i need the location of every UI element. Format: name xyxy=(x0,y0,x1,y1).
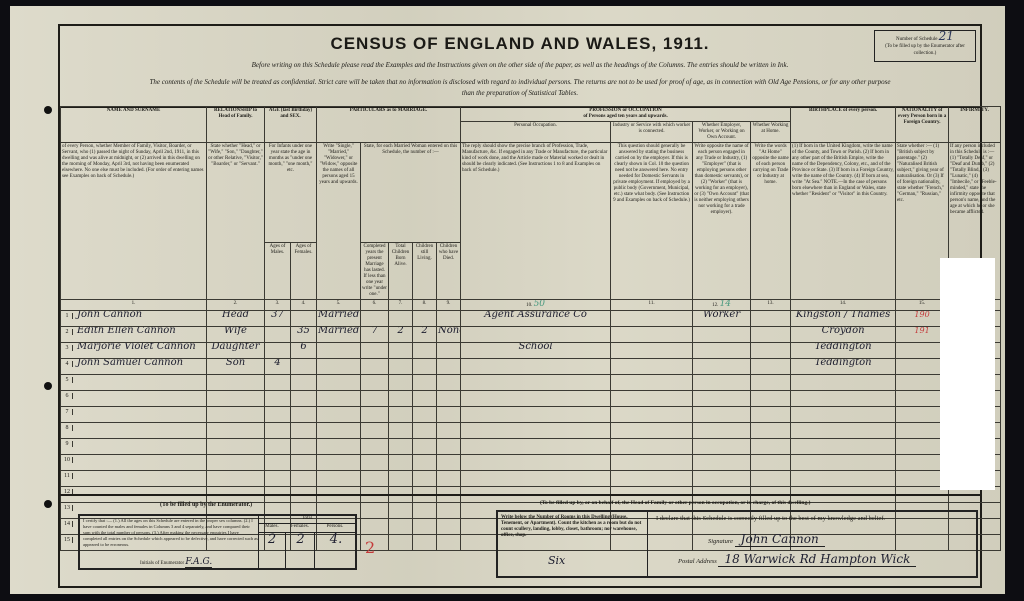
value-cond: Married xyxy=(318,327,359,337)
cell-died xyxy=(437,471,461,487)
cell-employer xyxy=(693,343,751,359)
cell-living xyxy=(413,359,437,375)
postal-address: 18 Warwick Rd Hampton Wick xyxy=(718,552,916,567)
cell-occupation xyxy=(461,327,611,343)
desc-home: Write the words "At Home" opposite the n… xyxy=(751,143,791,300)
cell-years xyxy=(361,471,389,487)
header-name: NAME AND SURNAME xyxy=(61,107,207,143)
schedule-number-note: (To be filled up by the Enumerator after… xyxy=(885,44,965,56)
cell-age_f: 35 xyxy=(291,327,317,343)
cell-rel: Son xyxy=(207,359,265,375)
cell-living xyxy=(413,407,437,423)
cell-birthplace xyxy=(791,439,896,455)
instruction-line-1: Before writing on this Schedule please r… xyxy=(60,61,980,69)
enumerator-initials: F.A.G. xyxy=(185,557,212,568)
punch-hole xyxy=(44,382,52,390)
cell-cond: Married xyxy=(317,327,361,343)
colnum: 12. 14 xyxy=(693,300,751,311)
cell-occupation xyxy=(461,375,611,391)
punch-hole xyxy=(44,500,52,508)
total-females: 2 xyxy=(285,532,315,569)
cell-died xyxy=(437,439,461,455)
cell-years xyxy=(361,359,389,375)
document-title: CENSUS OF ENGLAND AND WALES, 1911. xyxy=(60,34,980,54)
desc-industry: This question should generally be answer… xyxy=(611,143,693,300)
desc-total-children: Total Children Born Alive. xyxy=(389,243,413,300)
colnum: 11. xyxy=(611,300,693,311)
row-number: 6 xyxy=(62,393,73,399)
header-birthplace: BIRTHPLACE of every person. xyxy=(791,107,896,143)
value-occupation: School xyxy=(518,343,552,353)
desc-condition: Write "Single," "Married," "Widower," or… xyxy=(317,143,361,300)
row-number: 11 xyxy=(62,473,73,479)
cell-cond xyxy=(317,359,361,375)
address-label: Postal Address xyxy=(678,558,717,565)
enumerator-section-title: (To be filled up by the Enumerator.) xyxy=(160,502,252,508)
cell-cond xyxy=(317,407,361,423)
colnum: 5. xyxy=(317,300,361,311)
cell-employer xyxy=(693,359,751,375)
cell-total xyxy=(389,471,413,487)
initials-label: Initials of Enumerator xyxy=(140,561,184,566)
cell-birthplace: Teddington xyxy=(791,359,896,375)
value-occupation: Agent Assurance Co xyxy=(484,311,587,321)
cell-employer: Worker xyxy=(693,311,751,327)
cell-age_f xyxy=(291,471,317,487)
cell-total xyxy=(389,311,413,327)
cell-rel: Daughter xyxy=(207,343,265,359)
cell-industry xyxy=(611,423,693,439)
cell-cond xyxy=(317,455,361,471)
cell-industry xyxy=(611,407,693,423)
totals-box: Total. Males. Females. Persons. 2 2 4. xyxy=(258,516,356,568)
cell-name: 4John Samuel Cannon xyxy=(61,359,207,375)
cell-years xyxy=(361,375,389,391)
cell-cond xyxy=(317,439,361,455)
rooms-count: Six xyxy=(548,558,565,564)
cell-age_m xyxy=(265,407,291,423)
row-number: 5 xyxy=(62,377,73,383)
table-row: 6 xyxy=(61,391,1001,407)
cell-living xyxy=(413,343,437,359)
cell-years xyxy=(361,311,389,327)
header-employer: Whether Employer, Worker, or Working on … xyxy=(693,122,751,143)
row-number: 4 xyxy=(62,361,73,367)
cell-employer xyxy=(693,471,751,487)
table-row: 7 xyxy=(61,407,1001,423)
colnum: 10. 50 xyxy=(461,300,611,311)
table-row: 4John Samuel CannonSon4Teddington xyxy=(61,359,1001,375)
census-table: NAME AND SURNAME RELATIONSHIP to Head of… xyxy=(60,106,1001,551)
cell-industry xyxy=(611,439,693,455)
desc-females: Ages of Females. xyxy=(291,243,317,300)
cell-total xyxy=(389,375,413,391)
cell-age_m xyxy=(265,375,291,391)
cell-cond xyxy=(317,375,361,391)
cell-home xyxy=(751,407,791,423)
cell-occupation: School xyxy=(461,343,611,359)
cell-name: 1John Cannon xyxy=(61,311,207,327)
row-number: 10 xyxy=(62,457,73,463)
value-name: John Cannon xyxy=(77,311,142,321)
cell-employer xyxy=(693,423,751,439)
value-name: Edith Ellen Cannon xyxy=(77,327,176,337)
cell-birthplace xyxy=(791,391,896,407)
value-rel: Head xyxy=(222,311,249,321)
colnum: 3. xyxy=(265,300,291,311)
table-row: 2Edith Ellen CannonWife35Married722NoneC… xyxy=(61,327,1001,343)
cell-name: 10 xyxy=(61,455,207,471)
value-rel: Daughter xyxy=(212,343,260,353)
cell-name: 2Edith Ellen Cannon xyxy=(61,327,207,343)
punch-hole xyxy=(44,106,52,114)
address-row: Postal Address 18 Warwick Rd Hampton Wic… xyxy=(678,552,916,566)
header-marriage: PARTICULARS as to MARRIAGE. xyxy=(317,107,461,143)
cell-years xyxy=(361,455,389,471)
colnum: 6. xyxy=(361,300,389,311)
cell-living xyxy=(413,311,437,327)
cell-occupation xyxy=(461,359,611,375)
cell-age_m xyxy=(265,455,291,471)
value-birthplace: Teddington xyxy=(814,359,871,369)
signature-label: Signature xyxy=(708,538,733,545)
cell-home xyxy=(751,327,791,343)
cell-died xyxy=(437,311,461,327)
total-males: 2 xyxy=(259,532,285,569)
cell-name: 11 xyxy=(61,471,207,487)
red-annotation: 2 xyxy=(365,538,375,557)
cell-years xyxy=(361,407,389,423)
value-nationality: 190 xyxy=(914,311,929,320)
instruction-line-2: The contents of the Schedule will be tre… xyxy=(60,78,980,86)
cell-industry xyxy=(611,375,693,391)
table-row: 5 xyxy=(61,375,1001,391)
form-footer: (To be filled up by the Enumerator.) I c… xyxy=(60,494,980,588)
cell-died xyxy=(437,423,461,439)
row-number: 7 xyxy=(62,409,73,415)
header-nationality: NATIONALITY of every Person born in a Fo… xyxy=(896,107,949,143)
signature: John Cannon xyxy=(735,532,825,547)
cell-total xyxy=(389,455,413,471)
header-home: Whether Working at Home. xyxy=(751,122,791,143)
header-industry: Industry or Service with which worker is… xyxy=(611,122,693,143)
cell-rel xyxy=(207,423,265,439)
cell-cond xyxy=(317,391,361,407)
row-number: 2 xyxy=(62,329,73,335)
table-row: 10 xyxy=(61,455,1001,471)
table-row: 1John CannonHead37MarriedAgent Assurance… xyxy=(61,311,1001,327)
cell-died xyxy=(437,455,461,471)
desc-relationship: State whether "Head," or "Wife," "Son," … xyxy=(207,143,265,300)
cell-rel xyxy=(207,471,265,487)
cell-employer xyxy=(693,439,751,455)
desc-males: Ages of Males. xyxy=(265,243,291,300)
redaction-patch xyxy=(940,258,995,490)
value-birthplace: Kingston / Thames xyxy=(796,311,890,321)
cell-occupation xyxy=(461,407,611,423)
cell-total xyxy=(389,407,413,423)
colnum: 4. xyxy=(291,300,317,311)
cell-birthplace: Teddington xyxy=(791,343,896,359)
cell-employer xyxy=(693,455,751,471)
header-personal-occupation: Personal Occupation. xyxy=(461,122,611,143)
enumerator-certificate: I certify that :— (1.) All the ages on t… xyxy=(78,514,357,570)
cell-home xyxy=(751,359,791,375)
value-birthplace: Teddington xyxy=(814,343,871,353)
row-number: 1 xyxy=(62,313,73,319)
cell-age_f xyxy=(291,455,317,471)
cell-birthplace: Kingston / Thames xyxy=(791,311,896,327)
value-name: Marjorie Violet Cannon xyxy=(77,343,196,353)
cell-age_f xyxy=(291,391,317,407)
table-row: 3Marjorie Violet CannonDaughter6SchoolTe… xyxy=(61,343,1001,359)
cell-employer xyxy=(693,375,751,391)
cell-age_m xyxy=(265,423,291,439)
cell-occupation: Agent Assurance Co xyxy=(461,311,611,327)
cell-birthplace: Croydon xyxy=(791,327,896,343)
cell-age_f xyxy=(291,375,317,391)
cell-living xyxy=(413,455,437,471)
desc-age: For Infants under one year state the age… xyxy=(265,143,317,243)
value-name: John Samuel Cannon xyxy=(77,359,183,369)
table-row: 9 xyxy=(61,439,1001,455)
total-persons: 4. xyxy=(314,532,357,569)
desc-occupation: The reply should show the precise branch… xyxy=(461,143,611,300)
cell-age_m xyxy=(265,327,291,343)
cell-name: 8 xyxy=(61,423,207,439)
cell-died xyxy=(437,407,461,423)
schedule-number-label: Number of Schedule xyxy=(896,37,937,42)
cell-age_f xyxy=(291,439,317,455)
colnum: 9. xyxy=(437,300,461,311)
cell-employer xyxy=(693,391,751,407)
value-cond: Married xyxy=(318,311,359,321)
cell-rel xyxy=(207,375,265,391)
table-row: 11 xyxy=(61,471,1001,487)
cell-living xyxy=(413,471,437,487)
signature-row: Signature John Cannon xyxy=(708,532,825,546)
cell-cond: Married xyxy=(317,311,361,327)
rooms-label: Write below the Number of Rooms in this … xyxy=(501,515,641,538)
schedule-number-box: Number of Schedule 21 (To be filled up b… xyxy=(874,30,976,62)
total-label: Total. xyxy=(259,516,356,524)
cell-home xyxy=(751,423,791,439)
persons-label: Persons. xyxy=(315,524,355,530)
cell-died xyxy=(437,359,461,375)
row-number: 3 xyxy=(62,345,73,351)
cell-age_f xyxy=(291,423,317,439)
cell-home xyxy=(751,455,791,471)
colnum: 14. xyxy=(791,300,896,311)
males-label: Males. xyxy=(259,524,285,530)
value-total: 2 xyxy=(397,327,403,337)
schedule-number: 21 xyxy=(939,29,954,43)
desc-employer: Write opposite the name of each person e… xyxy=(693,143,751,300)
cell-home xyxy=(751,375,791,391)
cell-name: 3Marjorie Violet Cannon xyxy=(61,343,207,359)
cell-age_f: 6 xyxy=(291,343,317,359)
colnum: 2. xyxy=(207,300,265,311)
cell-rel: Head xyxy=(207,311,265,327)
table-row: 8 xyxy=(61,423,1001,439)
initials-row: Initials of Enumerator F.A.G. xyxy=(140,559,212,567)
cell-home xyxy=(751,391,791,407)
value-age_m: 37 xyxy=(271,311,284,321)
cell-home xyxy=(751,343,791,359)
cell-living: 2 xyxy=(413,327,437,343)
cell-age_m: 4 xyxy=(265,359,291,375)
cell-total xyxy=(389,343,413,359)
certificate-text: I certify that :— (1.) All the ages on t… xyxy=(83,518,258,548)
value-age_m: 4 xyxy=(274,359,280,369)
cell-age_f xyxy=(291,359,317,375)
cell-birthplace xyxy=(791,375,896,391)
cell-years xyxy=(361,439,389,455)
cell-industry xyxy=(611,327,693,343)
rooms-box: Write below the Number of Rooms in this … xyxy=(498,512,648,576)
desc-children-died: Children who have Died. xyxy=(437,243,461,300)
cell-total: 2 xyxy=(389,327,413,343)
instruction-line-3: than the preparation of Statistical Tabl… xyxy=(60,89,980,97)
desc-name: of every Person, whether Member of Famil… xyxy=(61,143,207,300)
cell-died: None xyxy=(437,327,461,343)
cell-cond xyxy=(317,471,361,487)
cell-industry xyxy=(611,391,693,407)
cell-age_f xyxy=(291,407,317,423)
cell-industry xyxy=(611,311,693,327)
cell-industry xyxy=(611,343,693,359)
value-living: 2 xyxy=(421,327,427,337)
value-years: 7 xyxy=(371,327,377,337)
cell-years xyxy=(361,343,389,359)
cell-birthplace xyxy=(791,455,896,471)
declaration-box: Write below the Number of Rooms in this … xyxy=(496,510,978,578)
cell-years: 7 xyxy=(361,327,389,343)
colnum: 7. xyxy=(389,300,413,311)
cell-living xyxy=(413,391,437,407)
header-profession: PROFESSION or OCCUPATIONof Persons aged … xyxy=(461,107,791,122)
column-numbers: 1. 2. 3. 4. 5. 6. 7. 8. 9. 10. 50 11. 12… xyxy=(61,300,1001,311)
colnum: 8. xyxy=(413,300,437,311)
cell-total xyxy=(389,391,413,407)
cell-age_m xyxy=(265,439,291,455)
cell-living xyxy=(413,375,437,391)
cell-age_m xyxy=(265,471,291,487)
cell-total xyxy=(389,359,413,375)
cell-employer xyxy=(693,327,751,343)
cell-rel xyxy=(207,439,265,455)
cell-age_m: 37 xyxy=(265,311,291,327)
cell-occupation xyxy=(461,391,611,407)
cell-age_f xyxy=(291,311,317,327)
form-header: CENSUS OF ENGLAND AND WALES, 1911. Befor… xyxy=(60,26,980,108)
desc-married-woman: State, for each Married Woman entered on… xyxy=(361,143,461,243)
cell-cond xyxy=(317,343,361,359)
cell-home xyxy=(751,471,791,487)
cell-living xyxy=(413,439,437,455)
cell-birthplace xyxy=(791,423,896,439)
head-section-title: (To be filled up by, or on behalf of, th… xyxy=(540,500,810,506)
cell-occupation xyxy=(461,471,611,487)
row-number: 9 xyxy=(62,441,73,447)
cell-died xyxy=(437,343,461,359)
value-birthplace: Croydon xyxy=(822,327,865,337)
desc-years-married: Completed years the present Marriage has… xyxy=(361,243,389,300)
cell-rel: Wife xyxy=(207,327,265,343)
cell-birthplace xyxy=(791,407,896,423)
cell-birthplace xyxy=(791,471,896,487)
desc-birthplace: (1) If born in the United Kingdom, write… xyxy=(791,143,896,300)
row-number: 8 xyxy=(62,425,73,431)
cell-home xyxy=(751,311,791,327)
cell-name: 9 xyxy=(61,439,207,455)
cell-industry xyxy=(611,455,693,471)
value-rel: Son xyxy=(226,359,245,369)
colnum: 1. xyxy=(61,300,207,311)
cell-died xyxy=(437,391,461,407)
header-relationship: RELATIONSHIP to Head of Family. xyxy=(207,107,265,143)
cell-industry xyxy=(611,471,693,487)
cell-occupation xyxy=(461,439,611,455)
declaration-text: I declare that this Schedule is correctl… xyxy=(656,515,885,522)
census-form: CENSUS OF ENGLAND AND WALES, 1911. Befor… xyxy=(58,24,982,588)
cell-name: 5 xyxy=(61,375,207,391)
value-died: None xyxy=(438,327,461,337)
cell-years xyxy=(361,391,389,407)
value-age_f: 35 xyxy=(297,327,310,337)
cell-cond xyxy=(317,423,361,439)
value-rel: Wife xyxy=(224,327,247,337)
cell-age_m xyxy=(265,391,291,407)
cell-home xyxy=(751,439,791,455)
cell-living xyxy=(413,423,437,439)
cell-industry xyxy=(611,359,693,375)
cell-employer xyxy=(693,407,751,423)
colnum: 13. xyxy=(751,300,791,311)
cell-name: 7 xyxy=(61,407,207,423)
cell-rel xyxy=(207,455,265,471)
females-label: Females. xyxy=(286,524,314,530)
cell-total xyxy=(389,439,413,455)
cell-rel xyxy=(207,391,265,407)
cell-name: 6 xyxy=(61,391,207,407)
cell-occupation xyxy=(461,423,611,439)
header-infirmity: INFIRMITY. xyxy=(949,107,1001,143)
desc-children-living: Children still Living. xyxy=(413,243,437,300)
value-nationality: 191 xyxy=(914,327,929,336)
cell-years xyxy=(361,423,389,439)
cell-rel xyxy=(207,407,265,423)
value-employer: Worker xyxy=(703,311,740,321)
cell-occupation xyxy=(461,455,611,471)
cell-age_m xyxy=(265,343,291,359)
cell-died xyxy=(437,375,461,391)
cell-total xyxy=(389,423,413,439)
header-age: AGE (last Birthday) and SEX. xyxy=(265,107,317,143)
value-age_f: 6 xyxy=(300,343,306,353)
